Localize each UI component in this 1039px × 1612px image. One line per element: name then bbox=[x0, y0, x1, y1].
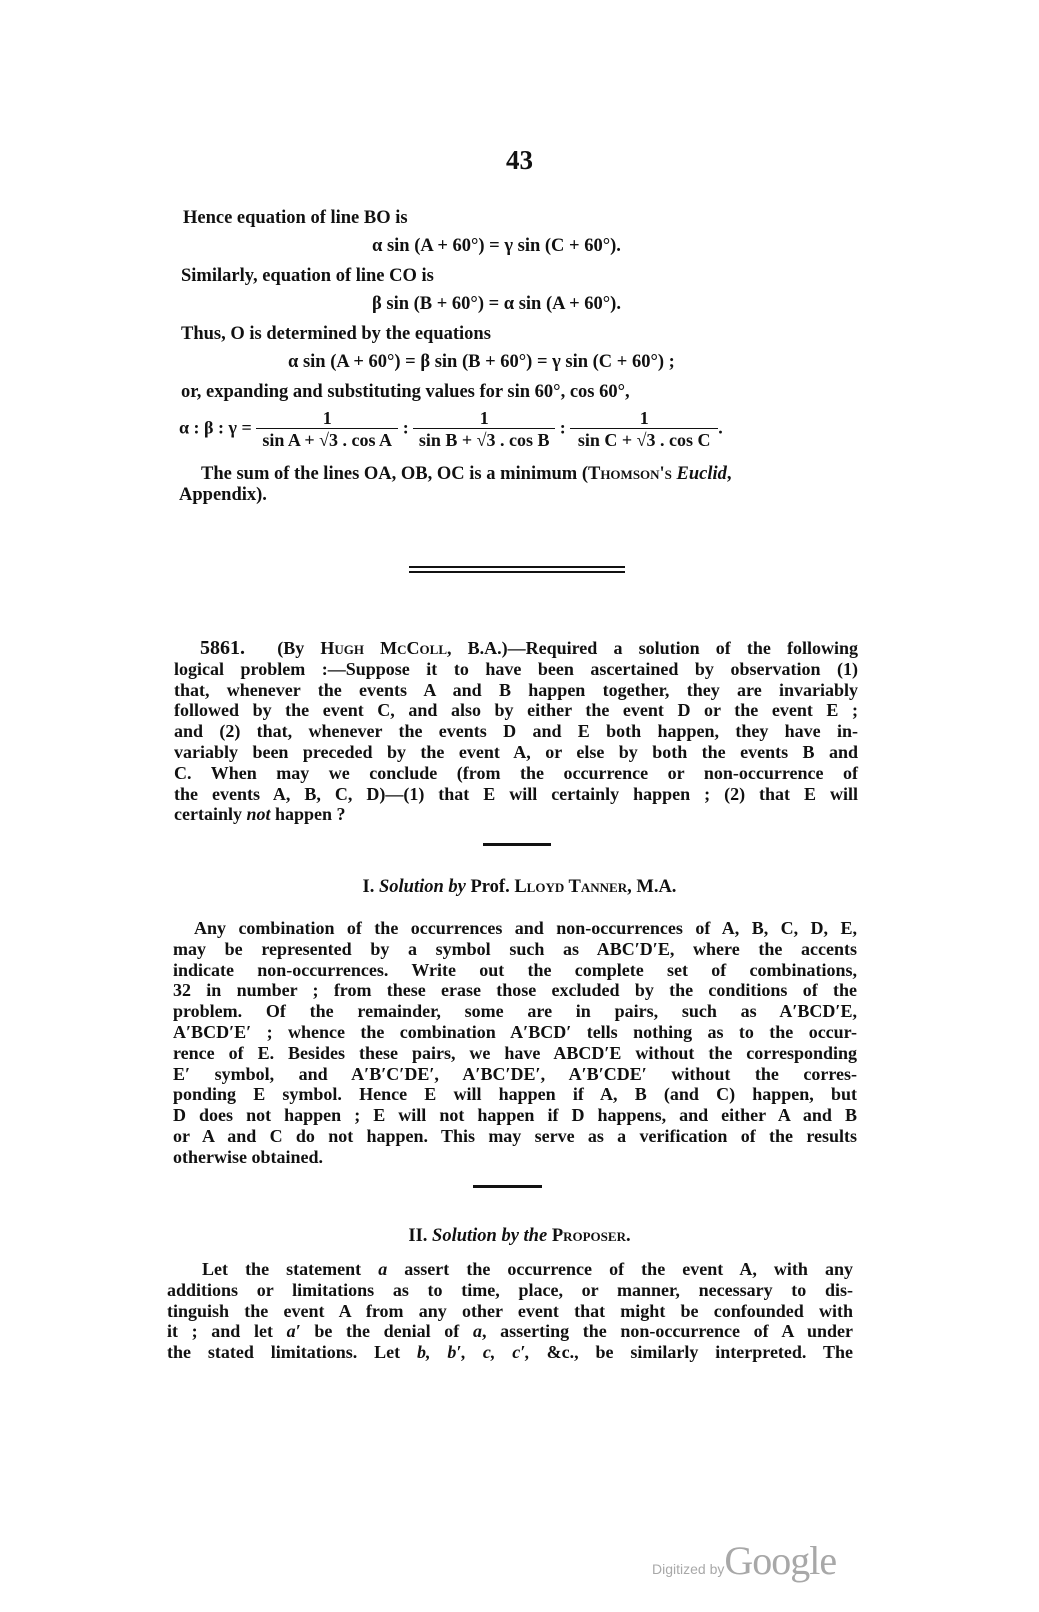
question-5861: 5861. (By Hugh McColl, B.A.)—Required a … bbox=[174, 638, 858, 825]
text-line: Appendix). bbox=[179, 484, 267, 506]
equation: β sin (B + 60°) = α sin (A + 60°). bbox=[372, 294, 621, 315]
watermark-logo: Google bbox=[724, 1538, 836, 1583]
google-watermark: Digitized byGoogle bbox=[652, 1537, 836, 1584]
text-line: Hence equation of line BO is bbox=[183, 207, 408, 229]
question-number: 5861. bbox=[200, 637, 245, 659]
solution1-body: Any combination of the occurrences and n… bbox=[173, 918, 857, 1168]
short-rule bbox=[483, 843, 551, 846]
ratio-lhs: α : β : γ = bbox=[179, 418, 252, 438]
fraction: 1 sin A + √3 . cos A bbox=[256, 408, 398, 451]
double-rule-top bbox=[409, 566, 625, 568]
fraction: 1 sin C + √3 . cos C bbox=[570, 408, 718, 451]
text-line: The sum of the lines OA, OB, OC is a min… bbox=[201, 463, 861, 485]
equation: α sin (A + 60°) = γ sin (C + 60°). bbox=[372, 236, 621, 257]
solution2-heading: II. Solution by the Proposer. bbox=[0, 1225, 1039, 1247]
equation: α sin (A + 60°) = β sin (B + 60°) = γ si… bbox=[288, 352, 675, 373]
text-line: Thus, O is determined by the equations bbox=[181, 323, 491, 345]
solution1-heading: I. Solution by Prof. Lloyd Tanner, M.A. bbox=[0, 876, 1039, 898]
watermark-small: Digitized by bbox=[652, 1561, 724, 1577]
text-line: Similarly, equation of line CO is bbox=[181, 265, 434, 287]
fraction: 1 sin B + √3 . cos B bbox=[413, 408, 555, 451]
double-rule-bottom bbox=[409, 571, 625, 573]
solution2-body: Let the statement a assert the occurrenc… bbox=[167, 1259, 853, 1363]
page-number: 43 bbox=[0, 145, 1039, 176]
ratio-equation: α : β : γ = 1 sin A + √3 . cos A : 1 sin… bbox=[179, 408, 723, 451]
text-line: or, expanding and substituting values fo… bbox=[181, 381, 630, 403]
question-author: Hugh McColl bbox=[320, 638, 447, 658]
short-rule bbox=[473, 1185, 542, 1188]
